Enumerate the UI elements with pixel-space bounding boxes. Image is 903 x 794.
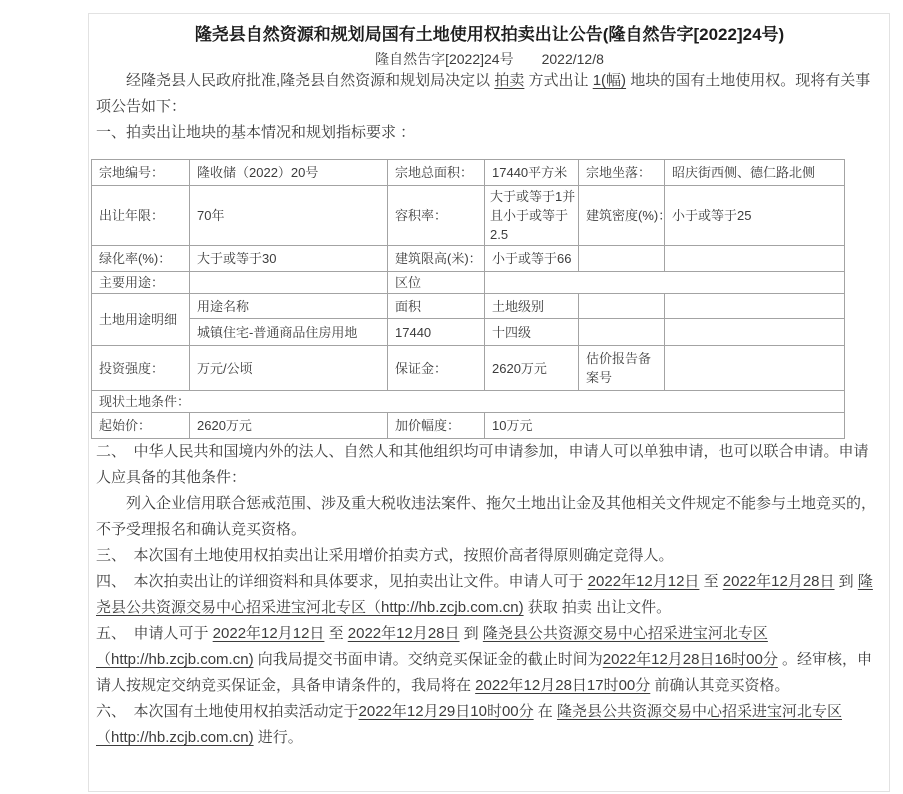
publish-date: 2022/12/8 <box>542 51 604 67</box>
location-value: 昭庆街西侧、德仁路北侧 <box>665 160 845 186</box>
total-area-value: 17440平方米 <box>485 160 579 186</box>
doc-number: 隆自然告字[2022]24号 <box>375 51 514 67</box>
intro-text-pre: 经隆尧县人民政府批准,隆尧县自然资源和规划局决定以 <box>126 72 494 89</box>
total-area-label: 宗地总面积： <box>388 160 485 186</box>
section-5-text: 五、 申请人可于 <box>96 625 213 642</box>
auction-method: 拍卖 <box>494 72 524 89</box>
section-1-heading: 一、拍卖出让地块的基本情况和规划指标要求 ： <box>96 120 883 146</box>
empty-cell <box>665 346 845 391</box>
land-info-table: 宗地编号： 隆收储（2022）20号 宗地总面积： 17440平方米 宗地坐落：… <box>91 159 845 439</box>
empty-cell <box>665 294 845 319</box>
doc-number-line: 隆自然告字[2022]24号2022/12/8 <box>96 50 883 68</box>
section-5-text: 到 <box>460 625 483 642</box>
table-row: 土地用途明细 用途名称 面积 土地级别 <box>92 294 845 319</box>
empty-cell <box>579 294 665 319</box>
section-4-text: 到 <box>835 573 858 590</box>
intro-text-mid: 方式出让 <box>524 72 592 89</box>
section-2-subparagraph: 列入企业信用联合惩戒范围、涉及重大税收违法案件、拖欠土地出让金及其他相关文件规定… <box>96 491 883 543</box>
term-value: 70年 <box>190 186 388 246</box>
table-row: 现状土地条件： <box>92 391 845 413</box>
table-row: 主要用途： 区位 <box>92 272 845 294</box>
land-grade-value: 十四级 <box>485 319 579 346</box>
section-5-text: 前确认其竞买资格。 <box>650 677 789 694</box>
building-density-label: 建筑密度(%)： <box>579 186 665 246</box>
district-value <box>485 272 845 294</box>
parcel-number-value: 隆收储（2022）20号 <box>190 160 388 186</box>
section-3-paragraph: 三、 本次国有土地使用权拍卖出让采用增价拍卖方式，按照价高者得原则确定竞得人。 <box>96 543 883 569</box>
section-5-text: 至 <box>324 625 347 642</box>
greening-rate-label: 绿化率(%)： <box>92 246 190 272</box>
term-label: 出让年限： <box>92 186 190 246</box>
intro-paragraph: 经隆尧县人民政府批准,隆尧县自然资源和规划局决定以 拍卖 方式出让 1(幅) 地… <box>96 68 883 120</box>
land-grade-header: 土地级别 <box>485 294 579 319</box>
use-name-header: 用途名称 <box>190 294 388 319</box>
deposit-deadline: 2022年12月28日16时00分 <box>603 651 778 668</box>
notice-document-page: 隆尧县自然资源和规划局国有土地使用权拍卖出让公告(隆自然告字[2022]24号)… <box>88 13 890 792</box>
section-6-paragraph: 六、 本次国有土地使用权拍卖活动定于2022年12月29日10时00分 在 隆尧… <box>96 699 883 751</box>
main-use-value <box>190 272 388 294</box>
qualification-confirm-time: 2022年12月28日17时00分 <box>475 677 650 694</box>
district-label: 区位 <box>388 272 485 294</box>
plot-ratio-label: 容积率： <box>388 186 485 246</box>
investment-intensity-value: 万元/公顷 <box>190 346 388 391</box>
apply-start-date: 2022年12月12日 <box>213 625 325 642</box>
plot-ratio-value: 大于或等于1并 且小于或等于2.5 <box>485 186 579 246</box>
deposit-value: 2620万元 <box>485 346 579 391</box>
height-limit-label: 建筑限高(米)： <box>388 246 485 272</box>
section-2-paragraph: 二、 中华人民共和国境内外的法人、自然人和其他组织均可申请参加，申请人可以单独申… <box>96 439 883 491</box>
height-limit-value: 小于或等于66 <box>485 246 579 272</box>
section-5-text: 向我局提交书面申请。交纳竞买保证金的截止时间为 <box>254 651 603 668</box>
appraisal-report-label: 估价报告备案号 <box>579 346 665 391</box>
area-header: 面积 <box>388 294 485 319</box>
deposit-label: 保证金： <box>388 346 485 391</box>
starting-price-label: 起始价： <box>92 413 190 439</box>
section-4-paragraph: 四、 本次拍卖出让的详细资料和具体要求，见拍卖出让文件。申请人可于 2022年1… <box>96 569 883 621</box>
investment-intensity-label: 投资强度： <box>92 346 190 391</box>
increment-label: 加价幅度： <box>388 413 485 439</box>
table-row: 城镇住宅-普通商品住房用地 17440 十四级 <box>92 319 845 346</box>
parcel-number-label: 宗地编号： <box>92 160 190 186</box>
auction-datetime: 2022年12月29日10时00分 <box>359 703 534 720</box>
parcel-count: 1(幅) <box>593 72 626 89</box>
apply-start-date: 2022年12月12日 <box>588 573 700 590</box>
main-use-label: 主要用途： <box>92 272 190 294</box>
table-row: 宗地编号： 隆收储（2022）20号 宗地总面积： 17440平方米 宗地坐落：… <box>92 160 845 186</box>
apply-end-date: 2022年12月28日 <box>723 573 835 590</box>
location-label: 宗地坐落： <box>579 160 665 186</box>
land-use-detail-label: 土地用途明细 <box>92 294 190 346</box>
section-6-text: 进行。 <box>254 729 303 746</box>
use-name-value: 城镇住宅-普通商品住房用地 <box>190 319 388 346</box>
section-4-text: 获取 拍卖 出让文件。 <box>524 599 672 616</box>
greening-rate-value: 大于或等于30 <box>190 246 388 272</box>
empty-cell <box>665 246 845 272</box>
table-row: 绿化率(%)： 大于或等于30 建筑限高(米)： 小于或等于66 <box>92 246 845 272</box>
building-density-value: 小于或等于25 <box>665 186 845 246</box>
current-land-condition-label: 现状土地条件： <box>92 391 845 413</box>
section-6-text: 六、 本次国有土地使用权拍卖活动定于 <box>96 703 359 720</box>
area-value: 17440 <box>388 319 485 346</box>
empty-cell <box>579 319 665 346</box>
table-row: 投资强度： 万元/公顷 保证金： 2620万元 估价报告备案号 <box>92 346 845 391</box>
empty-cell <box>665 319 845 346</box>
section-4-text: 四、 本次拍卖出让的详细资料和具体要求，见拍卖出让文件。申请人可于 <box>96 573 588 590</box>
table-row: 起始价： 2620万元 加价幅度： 10万元 <box>92 413 845 439</box>
section-4-text: 至 <box>699 573 722 590</box>
section-5-paragraph: 五、 申请人可于 2022年12月12日 至 2022年12月28日 到 隆尧县… <box>96 621 883 699</box>
increment-value: 10万元 <box>485 413 845 439</box>
section-6-text: 在 <box>534 703 557 720</box>
apply-end-date: 2022年12月28日 <box>348 625 460 642</box>
table-row: 出让年限： 70年 容积率： 大于或等于1并 且小于或等于2.5 建筑密度(%)… <box>92 186 845 246</box>
empty-cell <box>579 246 665 272</box>
notice-title: 隆尧县自然资源和规划局国有土地使用权拍卖出让公告(隆自然告字[2022]24号) <box>96 24 883 46</box>
starting-price-value: 2620万元 <box>190 413 388 439</box>
